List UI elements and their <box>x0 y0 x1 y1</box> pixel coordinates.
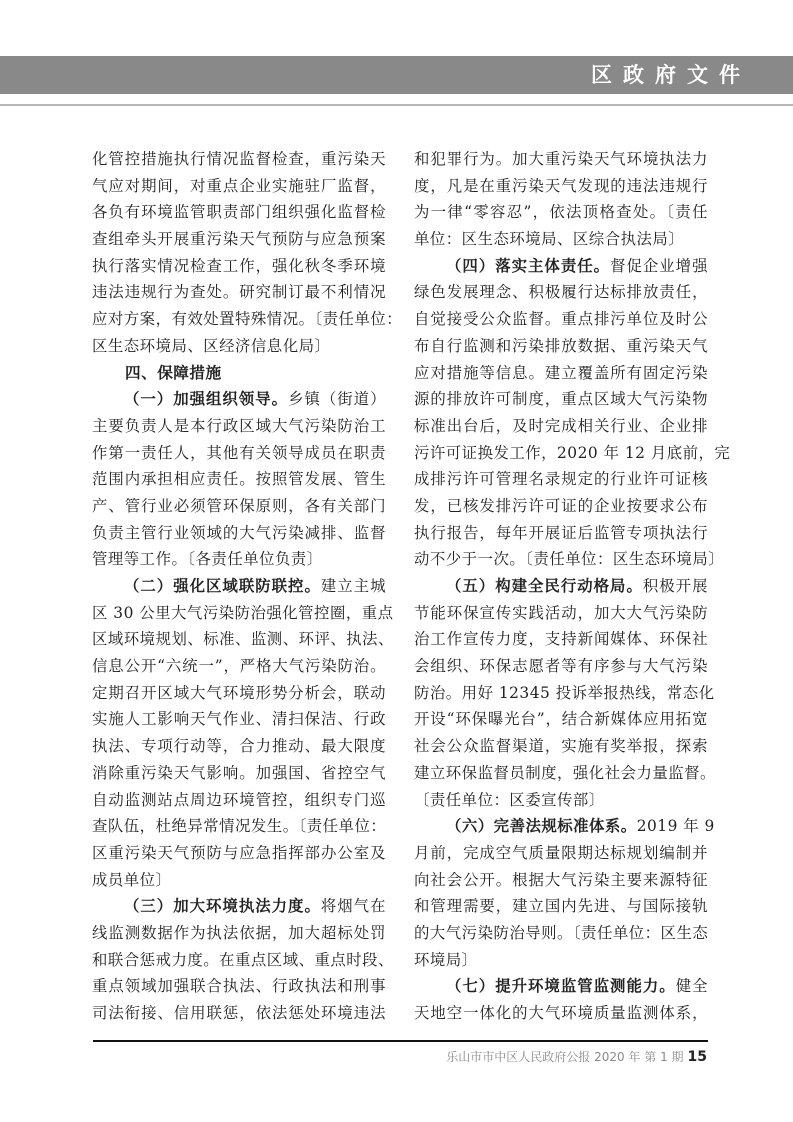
right-column: 和犯罪行为。加大重污染天气环境执法力度，凡是在重污染天气发现的违法违规行为一律“… <box>414 146 708 1027</box>
text-line: 污许可证换发工作，2020 年 12 月底前，完 <box>414 440 708 467</box>
text-line: 违法违规行为查处。研究制订最不利情况 <box>92 279 386 306</box>
text-line: 治工作宣传力度，支持新闻媒体、环保社 <box>414 626 708 653</box>
body-text: 健全 <box>676 977 708 995</box>
text-line: 司法衔接、信用联惩，依法惩处环境违法 <box>92 1000 386 1027</box>
text-line: 天地空一体化的大气环境质量监测体系， <box>414 1000 708 1027</box>
text-line: 气应对期间，对重点企业实施驻厂监督， <box>92 173 386 200</box>
header-title: 区政府文件 <box>591 56 751 94</box>
text-line: 区域环境规划、标准、监测、环评、执法、 <box>92 626 386 653</box>
text-line: 管理等工作。〔各责任单位负责〕 <box>92 546 386 573</box>
text-line: 环境局〕 <box>414 947 708 974</box>
text-line: 标准出台后，及时完成相关行业、企业排 <box>414 413 708 440</box>
subsection-heading: （五）构建全民行动格局。 <box>446 577 643 595</box>
text-line: 消除重污染天气影响。加强国、省控空气 <box>92 760 386 787</box>
subsection-heading: （六）完善法规标准体系。 <box>446 817 637 835</box>
body-text: 将烟气在 <box>321 897 386 915</box>
text-line: 查队伍，杜绝异常情况发生。〔责任单位： <box>92 813 386 840</box>
text-line: 执法、专项行动等，合力推动、最大限度 <box>92 733 386 760</box>
text-line: 执行报告，每年开展证后监管专项执法行 <box>414 520 708 547</box>
text-line: 化管控措施执行情况监督检查，重污染天 <box>92 146 386 173</box>
text-line: 动不少于一次。〔责任单位：区生态环境局〕 <box>414 546 708 573</box>
text-line: 会组织、环保志愿者等有序参与大气污染 <box>414 653 708 680</box>
text-line: 和管理需要，建立国内先进、与国际接轨 <box>414 893 708 920</box>
text-line: 源的排放许可制度，重点区域大气污染物 <box>414 386 708 413</box>
text-line: 应对措施等信息。建立覆盖所有固定污染 <box>414 360 708 387</box>
text-line: 查组牵头开展重污染天气预防与应急预案 <box>92 226 386 253</box>
text-line: 实施人工影响天气作业、清扫保洁、行政 <box>92 706 386 733</box>
subsection-paragraph-start: （五）构建全民行动格局。积极开展 <box>414 573 708 600</box>
subsection-heading: （三）加大环境执法力度。 <box>124 897 321 915</box>
text-line: 自动监测站点周边环境管控，组织专门巡 <box>92 787 386 814</box>
body-text: 建立主城 <box>321 577 386 595</box>
text-line: 主要负责人是本行政区域大气污染防治工 <box>92 413 386 440</box>
subsection-paragraph-start: （二）强化区域联防联控。建立主城 <box>92 573 386 600</box>
header-band: 区政府文件 <box>0 56 793 94</box>
header-divider <box>0 104 793 106</box>
text-line: 月前，完成空气质量限期达标规划编制并 <box>414 840 708 867</box>
text-line: 区重污染天气预防与应急指挥部办公室及 <box>92 840 386 867</box>
text-line: 单位：区生态环境局、区综合执法局〕 <box>414 226 708 253</box>
subsection-paragraph-start: （四）落实主体责任。督促企业增强 <box>414 253 708 280</box>
text-line: 开设“环保曝光台”，结合新媒体应用拓宽 <box>414 706 708 733</box>
body-text: 乡镇（街道） <box>288 390 386 408</box>
text-line: 布自行监测和污染排放数据、重污染天气 <box>414 333 708 360</box>
page-number: 15 <box>688 1049 707 1065</box>
text-line: 的大气污染防治导则。〔责任单位：区生态 <box>414 920 708 947</box>
text-line: 绿色发展理念、积极履行达标排放责任， <box>414 279 708 306</box>
text-line: 和犯罪行为。加大重污染天气环境执法力 <box>414 146 708 173</box>
text-line: 信息公开“六统一”，严格大气污染防治。 <box>92 653 386 680</box>
subsection-paragraph-start: （七）提升环境监管监测能力。健全 <box>414 973 708 1000</box>
left-column: 化管控措施执行情况监督检查，重污染天气应对期间，对重点企业实施驻厂监督，各负有环… <box>92 146 386 1027</box>
text-line: 度，凡是在重污染天气发现的违法违规行 <box>414 173 708 200</box>
subsection-heading: （四）落实主体责任。 <box>446 257 610 275</box>
text-line: 〔责任单位：区委宣传部〕 <box>414 787 708 814</box>
subsection-paragraph-start: （一）加强组织领导。乡镇（街道） <box>92 386 386 413</box>
text-line: 区 30 公里大气污染防治强化管控圈，重点 <box>92 600 386 627</box>
text-line: 和联合惩戒力度。在重点区域、重点时段、 <box>92 947 386 974</box>
text-line: 作第一责任人，其他有关领导成员在职责 <box>92 440 386 467</box>
text-line: 向社会公开。根据大气污染主要来源特征 <box>414 867 708 894</box>
text-line: 应对方案，有效处置特殊情况。〔责任单位： <box>92 306 386 333</box>
text-line: 防治。用好 12345 投诉举报热线，常态化 <box>414 680 708 707</box>
section-heading: 四、保障措施 <box>92 360 386 387</box>
text-line: 定期召开区域大气环境形势分析会，联动 <box>92 680 386 707</box>
body-text: 督促企业增强 <box>610 257 708 275</box>
subsection-heading: （二）强化区域联防联控。 <box>124 577 321 595</box>
subsection-paragraph-start: （三）加大环境执法力度。将烟气在 <box>92 893 386 920</box>
text-line: 产、管行业必须管环保原则，各有关部门 <box>92 493 386 520</box>
text-line: 成员单位〕 <box>92 867 386 894</box>
subsection-paragraph-start: （六）完善法规标准体系。2019 年 9 <box>414 813 708 840</box>
footer-divider <box>93 1040 708 1042</box>
text-line: 负责主管行业领域的大气污染减排、监督 <box>92 520 386 547</box>
text-line: 区生态环境局、区经济信息化局〕 <box>92 333 386 360</box>
text-line: 各负有环境监管职责部门组织强化监督检 <box>92 199 386 226</box>
text-line: 为一律“零容忍”，依法顶格查处。〔责任 <box>414 199 708 226</box>
subsection-heading: （一）加强组织领导。 <box>124 390 288 408</box>
page-footer: 乐山市市中区人民政府公报 2020 年 第 1 期15 <box>446 1048 707 1066</box>
text-line: 范围内承担相应责任。按照管发展、管生 <box>92 466 386 493</box>
body-text: 积极开展 <box>643 577 708 595</box>
text-line: 节能环保宣传实践活动，加大大气污染防 <box>414 600 708 627</box>
text-line: 重点领域加强联合执法、行政执法和刑事 <box>92 973 386 1000</box>
text-line: 执行落实情况检查工作，强化秋冬季环境 <box>92 253 386 280</box>
text-line: 线监测数据作为执法依据，加大超标处罚 <box>92 920 386 947</box>
text-line: 自觉接受公众监督。重点排污单位及时公 <box>414 306 708 333</box>
subsection-heading: （七）提升环境监管监测能力。 <box>446 977 676 995</box>
body-text: 2019 年 9 <box>637 817 715 835</box>
text-line: 成排污许可管理名录规定的行业许可证核 <box>414 466 708 493</box>
footer-publication: 乐山市市中区人民政府公报 2020 年 第 1 期 <box>446 1050 683 1064</box>
text-line: 发，已核发排污许可证的企业按要求公布 <box>414 493 708 520</box>
text-line: 建立环保监督员制度，强化社会力量监督。 <box>414 760 708 787</box>
text-line: 社会公众监督渠道，实施有奖举报，探索 <box>414 733 708 760</box>
